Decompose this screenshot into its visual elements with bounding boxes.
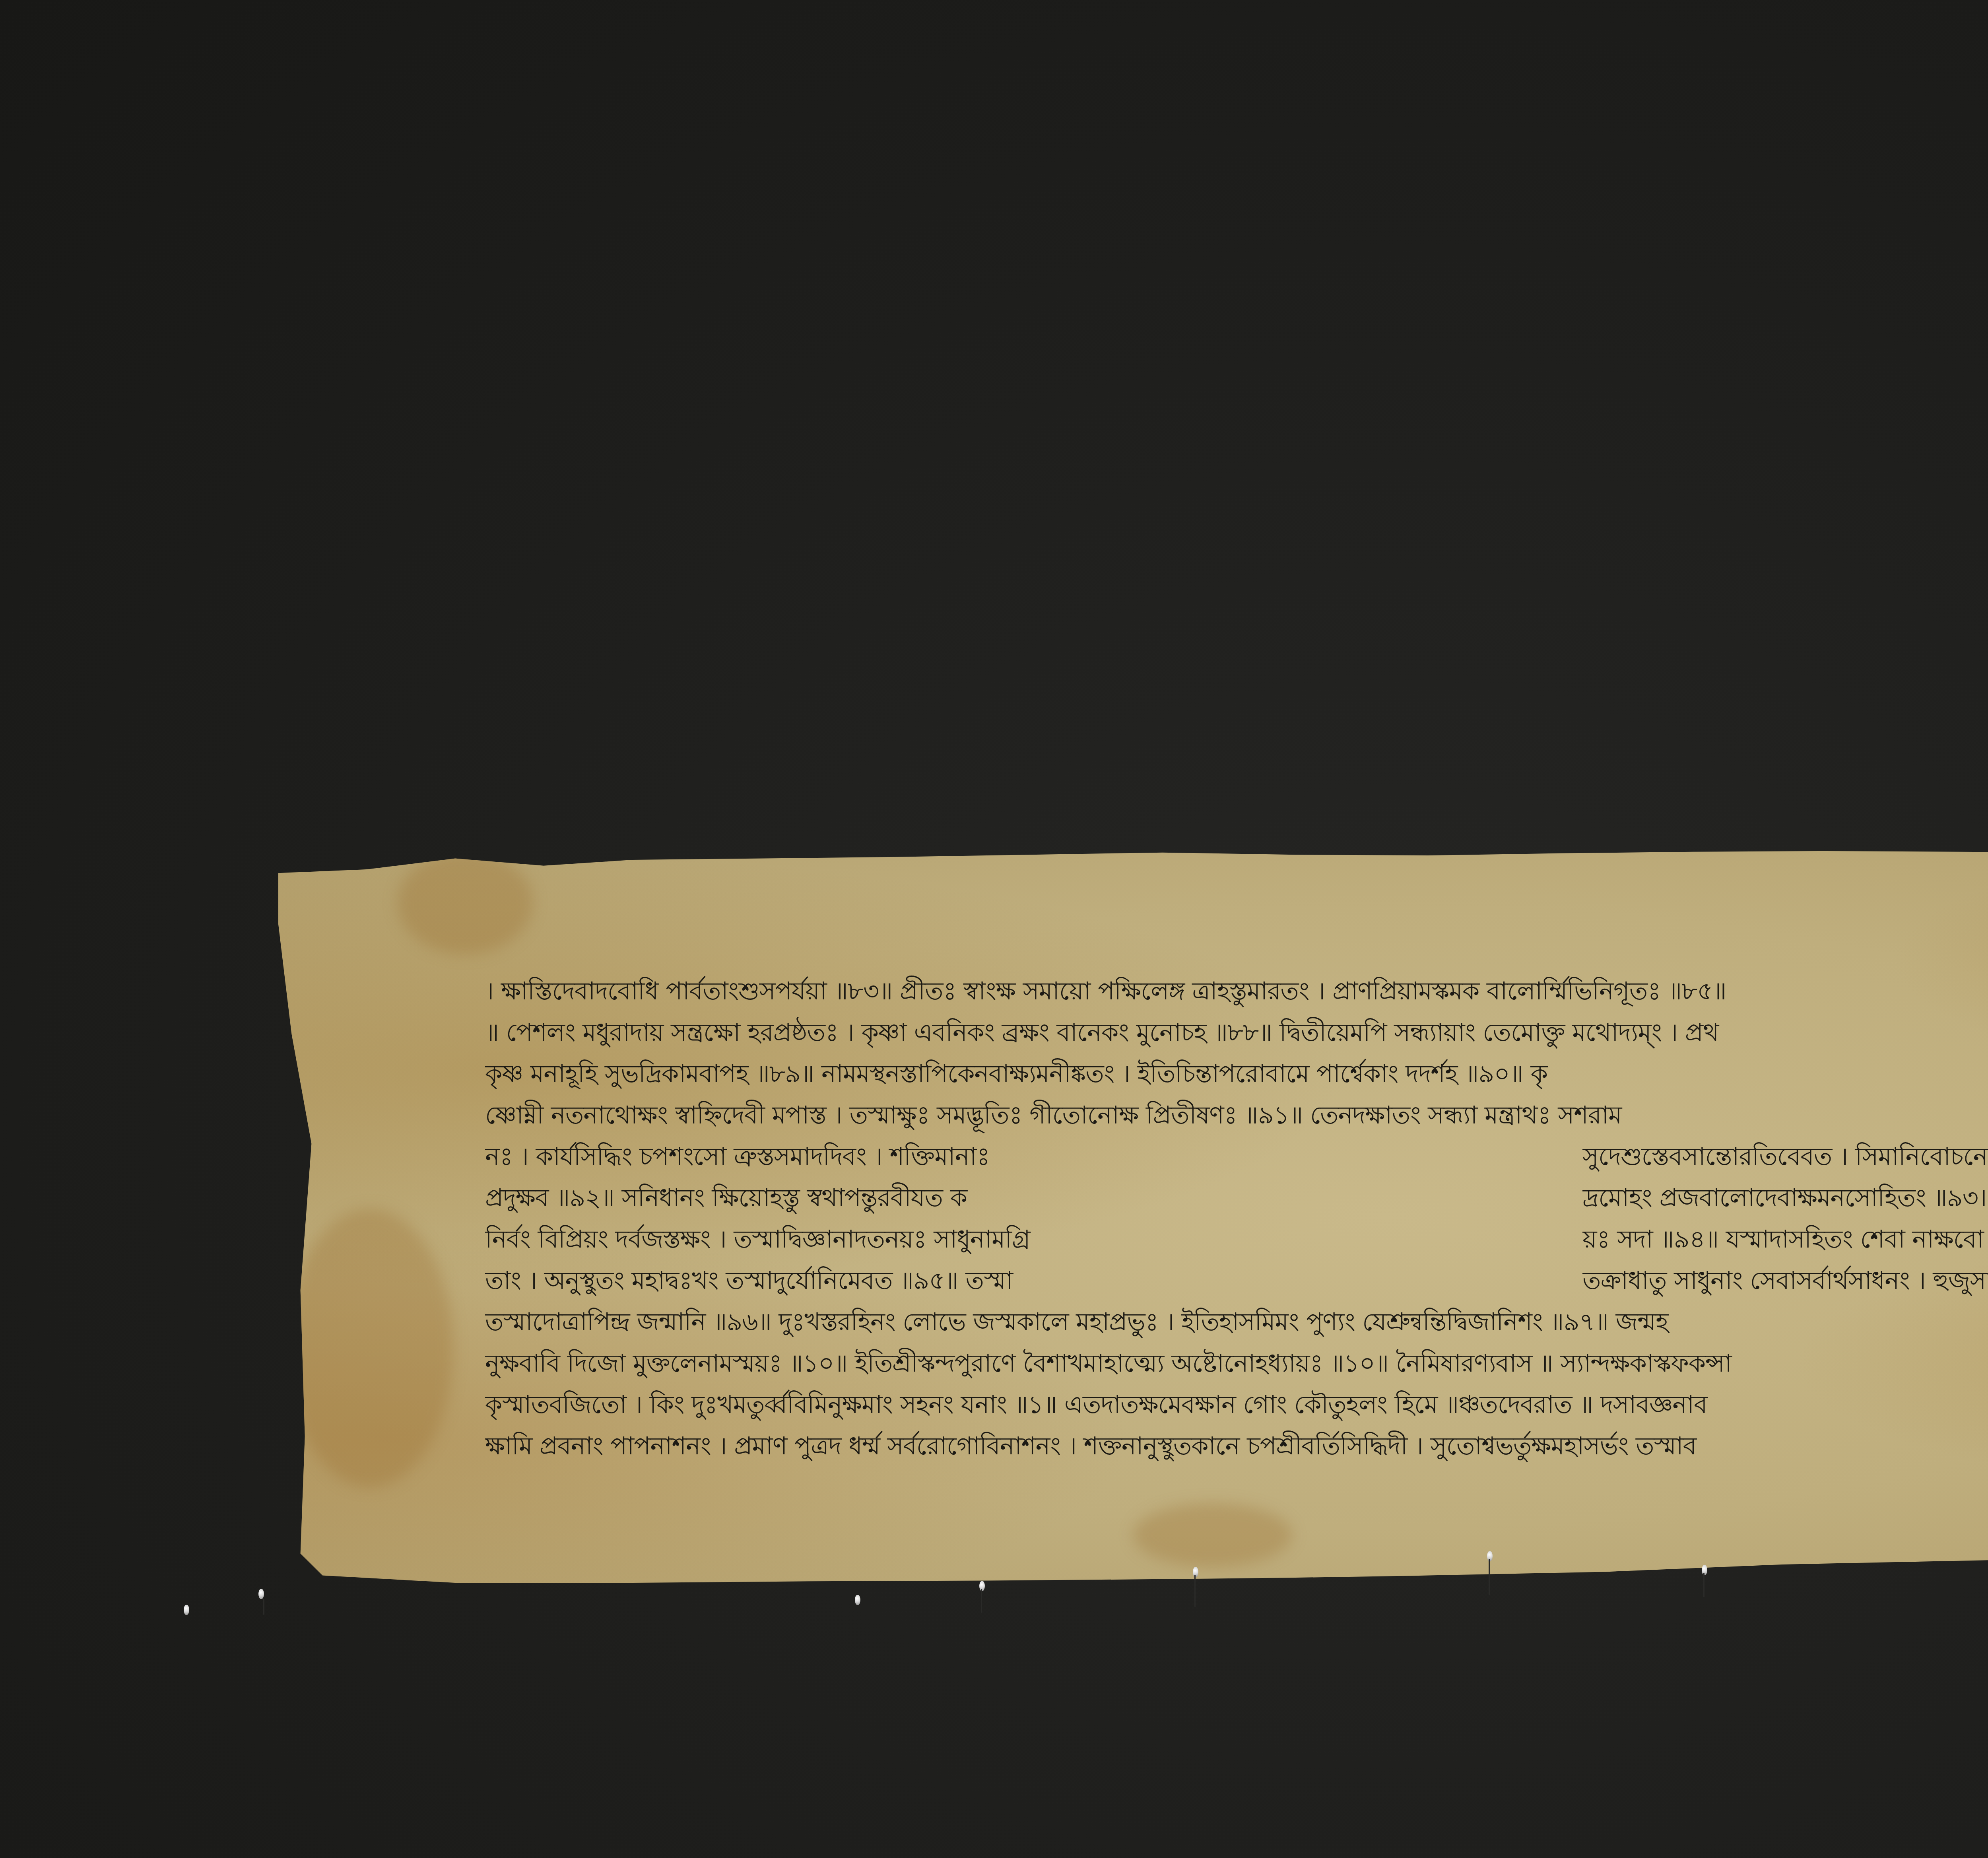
text-line: নুক্ষবাবি দিজো মুক্তলেনামস্ময়ঃ ॥১০॥ ইতি… [485, 1343, 1988, 1384]
text-line: ॥ পেশলং মধুরাদায় সন্ত্রক্ষো হরপ্রষ্ঠতঃ … [485, 1012, 1988, 1053]
text-line: কৃষ্ণ মনাহূহি সুভদ্রিকামবাপহ ॥৮৯॥ নামমস্… [485, 1053, 1988, 1094]
text-column-right: তক্রাধাতু সাধুনাং সেবাসর্বার্থসাধনং । হু… [1582, 1260, 1988, 1301]
split-text-line: তাং । অনুস্থুতং মহাদ্বঃখং তস্মাদুর্যোনিম… [485, 1260, 1988, 1301]
text-line: । ক্ষাস্তিদেবাদবোধি পার্বতাংশুসপর্যয়া ॥… [485, 970, 1988, 1012]
pin-icon [258, 1589, 264, 1599]
text-line: তস্মাদোত্রাপিন্দ্র জন্মানি ॥৯৬॥ দুঃখস্তর… [485, 1301, 1988, 1343]
pin-shaft [263, 1599, 264, 1615]
split-text-line: নির্বং বিপ্রিয়ং দর্বজস্তক্ষং । তস্মাদ্ব… [485, 1219, 1988, 1260]
text-column-left: নির্বং বিপ্রিয়ং দর্বজস্তক্ষং । তস্মাদ্ব… [485, 1219, 1328, 1260]
water-stain [1133, 1503, 1292, 1567]
water-stain [398, 851, 533, 954]
pin-icon [1702, 1565, 1707, 1575]
pin-icon [979, 1581, 985, 1591]
pin-shaft [981, 1589, 982, 1613]
pin-shaft [1489, 1559, 1490, 1595]
pin-shaft [1194, 1575, 1196, 1607]
text-column-right: দ্রমোহং প্রজবালোদেবাক্ষমনসোহিতং ॥৯৩॥ সেত… [1582, 1177, 1988, 1219]
text-column-right: সুদেশুস্তেবসান্তোরতিবেবত । সিমানিবোচনেস্… [1582, 1136, 1988, 1177]
pin-icon [855, 1595, 860, 1605]
water-stain [286, 1209, 453, 1487]
text-column-left: নঃ । কার্যসিদ্ধিং চপশংসো ত্রুস্তসমাদদিবং… [485, 1136, 1328, 1177]
manuscript-leaf: । ক্ষাস্তিদেবাদবোধি পার্বতাংশুসপর্যয়া ॥… [278, 851, 1988, 1583]
text-line: কৃস্মাতবজিতো । কিং দুঃখমতুর্ব্ববিমিনুক্ষ… [485, 1384, 1988, 1425]
manuscript-text: । ক্ষাস্তিদেবাদবোধি পার্বতাংশুসপর্যয়া ॥… [485, 970, 1988, 1467]
pin-shaft [1703, 1573, 1705, 1597]
pin-icon [1193, 1567, 1198, 1577]
pin-icon [1487, 1551, 1493, 1561]
text-column-left: তাং । অনুস্থুতং মহাদ্বঃখং তস্মাদুর্যোনিম… [485, 1260, 1328, 1301]
text-line: ষ্ণোম্নী নতনাথোক্ষং স্বাহ্নিদেবী মপাস্ত … [485, 1094, 1988, 1136]
text-column-left: প্রদুক্ষব ॥৯২॥ সনিধানং ক্ষিয়োহস্তু স্বথ… [485, 1177, 1328, 1219]
split-text-line: প্রদুক্ষব ॥৯২॥ সনিধানং ক্ষিয়োহস্তু স্বথ… [485, 1177, 1988, 1219]
pin-icon [184, 1605, 189, 1615]
split-text-line: নঃ । কার্যসিদ্ধিং চপশংসো ত্রুস্তসমাদদিবং… [485, 1136, 1988, 1177]
text-line: ক্ষামি প্রবনাং পাপনাশনং । প্রমাণ পুত্রদ … [485, 1425, 1988, 1467]
text-column-right: য়ঃ সদা ॥৯৪॥ যস্মাদাসহিতং শেবা নাক্ষবো স… [1582, 1219, 1988, 1260]
